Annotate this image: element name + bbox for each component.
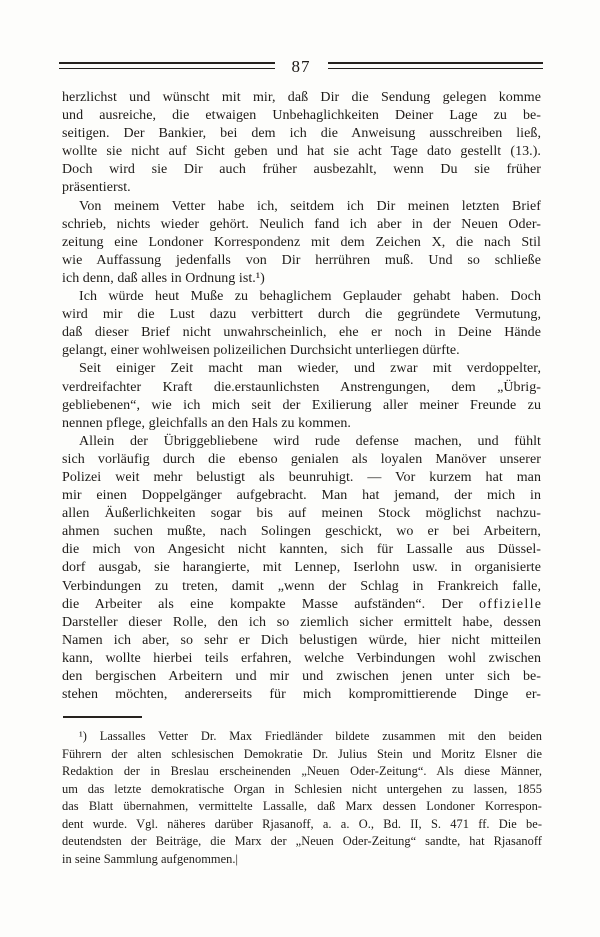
text-line: herzlichst und wünscht mit mir, daß Dir … — [62, 89, 541, 107]
text-line: Namen ich aber, so sehr er Dich belustig… — [62, 632, 541, 650]
text-line: wollte sie nicht auf Sicht geben und hat… — [62, 143, 541, 161]
text-line: schrieb, nichts wieder gehört. Neulich f… — [62, 216, 541, 234]
text-line: Darsteller dieser Rolle, den ich so ziem… — [62, 614, 541, 632]
text-line: seitigen. Der Bankier, bei dem ich die A… — [62, 125, 541, 143]
paragraph: herzlichst und wünscht mit mir, daß Dir … — [62, 89, 541, 198]
paragraph: Von meinem Vetter habe ich, seitdem ich … — [62, 198, 541, 288]
text-line: Ich würde heut Muße zu behaglichem Gepla… — [62, 288, 541, 306]
text-line: stehen möchten, andererseits für mich ko… — [62, 686, 541, 704]
paragraph: Ich würde heut Muße zu behaglichem Gepla… — [62, 288, 541, 360]
text-line: Seit einiger Zeit macht man wieder, und … — [62, 360, 541, 378]
text-line: Allein der Übriggebliebene wird rude def… — [62, 433, 541, 451]
page-number: 87 — [275, 58, 328, 75]
running-head: 87 — [59, 57, 543, 74]
paragraph: Seit einiger Zeit macht man wieder, und … — [62, 360, 541, 432]
text-line: Verbindungen zu treten, damit „wenn der … — [62, 578, 541, 596]
text-line: um das letzte demokratische Organ in Sch… — [62, 781, 542, 799]
text-line: dorf ausgab, sie harangierte, mit Lennep… — [62, 559, 541, 577]
text-line: zeitung eine Londoner Korrespondenz mit … — [62, 234, 541, 252]
header-rule-left — [59, 62, 275, 69]
text-line: und ausreiche, die etwaigen Unbehaglichk… — [62, 107, 541, 125]
text-line: Führern der alten schlesischen Demokrati… — [62, 746, 542, 764]
text-line: sich vorläufig durch die ebenso genialen… — [62, 451, 541, 469]
text-line: wie Auffassung jedenfalls von Dir herrüh… — [62, 252, 541, 270]
text-line: daß dieser Brief nicht unwahrscheinlich,… — [62, 324, 541, 342]
book-page: 87 herzlichst und wünscht mit mir, daß D… — [0, 0, 600, 937]
text-line: gelangt, einer wohlweisen polizeilichen … — [62, 342, 541, 360]
text-line: präsentierst. — [62, 179, 541, 197]
footnote-separator-rule — [63, 716, 142, 718]
text-line: nennen pflege, gleichfalls an den Hals z… — [62, 415, 541, 433]
paragraph: Allein der Übriggebliebene wird rude def… — [62, 433, 541, 704]
text-line: ahmen suchen mußte, nach Solingen geschi… — [62, 523, 541, 541]
text-line: Von meinem Vetter habe ich, seitdem ich … — [62, 198, 541, 216]
text-line: mir einen Doppelgänger aufgebracht. Man … — [62, 487, 541, 505]
paragraph: ¹) Lassalles Vetter Dr. Max Friedländer … — [62, 728, 542, 868]
body-text: herzlichst und wünscht mit mir, daß Dir … — [62, 89, 541, 704]
footnote-text: ¹) Lassalles Vetter Dr. Max Friedländer … — [62, 728, 542, 868]
text-line: kann, wollte hierbei teils erfahren, wel… — [62, 650, 541, 668]
text-line: Redaktion der in Breslau erscheinenden „… — [62, 763, 542, 781]
text-line: die Arbeiter als eine kompakte Masse auf… — [62, 596, 541, 614]
text-line: ich denn, daß alles in Ordnung ist.¹) — [62, 270, 541, 288]
text-line: in seine Sammlung aufgenommen.| — [62, 851, 542, 869]
text-line: den bergischen Arbeitern und mir und zwi… — [62, 668, 541, 686]
header-rule-right — [328, 62, 544, 69]
text-line: deutendsten der Beiträge, die Marx der „… — [62, 833, 542, 851]
text-line: wird mir die Lust dazu verbittert durch … — [62, 306, 541, 324]
text-line: verdreifachter Kraft die.erstaunlichsten… — [62, 379, 541, 397]
text-line: ¹) Lassalles Vetter Dr. Max Friedländer … — [62, 728, 542, 746]
text-line: allen Äußerlichkeiten sogar bis auf mein… — [62, 505, 541, 523]
text-line: Polizei weit mehr belustigt als beunruhi… — [62, 469, 541, 487]
text-line: Doch wird sie Dir auch früher ausbezahlt… — [62, 161, 541, 179]
text-line: gebliebenen“, wie ich mich seit der Exil… — [62, 397, 541, 415]
text-line: die mich von Angesicht nicht kannten, si… — [62, 541, 541, 559]
text-line: dent wurde. Vgl. näheres darüber Rjasano… — [62, 816, 542, 834]
text-line: das Blatt übernahmen, vermittelte Lassal… — [62, 798, 542, 816]
